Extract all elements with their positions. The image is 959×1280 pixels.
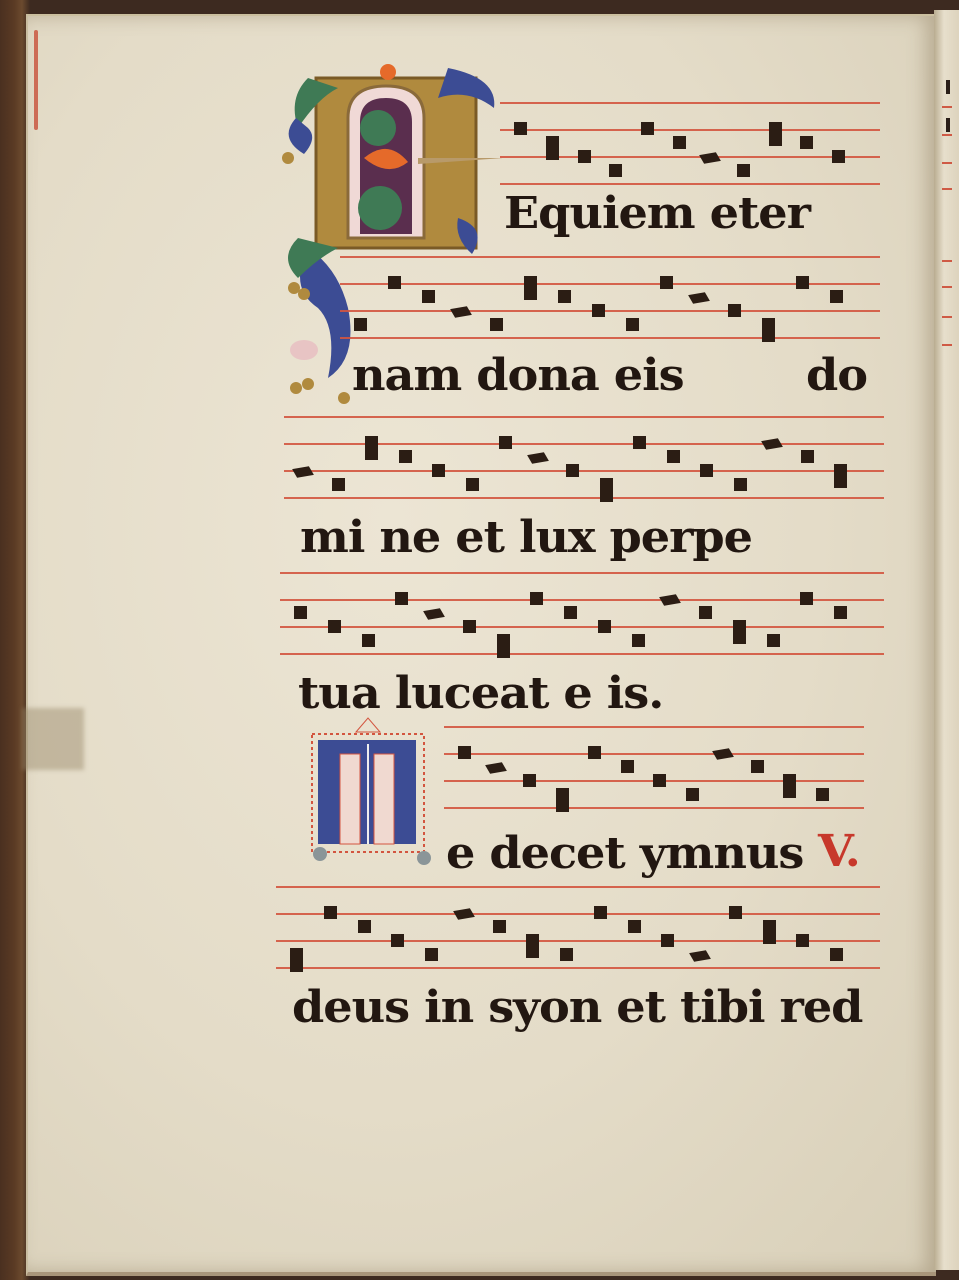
neume: [578, 150, 591, 163]
neume: [700, 464, 713, 477]
neume: [800, 592, 813, 605]
neume: [769, 122, 782, 146]
neume: [733, 620, 746, 644]
parchment-stain: [22, 708, 84, 770]
neume: [328, 620, 341, 633]
neume: [399, 450, 412, 463]
neume: [767, 634, 780, 647]
lyric-line: V.: [818, 826, 860, 877]
neume: [699, 606, 712, 619]
flourished-initial-t: [296, 714, 438, 866]
neume: [633, 436, 646, 449]
neume: [499, 436, 512, 449]
facing-page-edge: [934, 10, 959, 1270]
neume: [673, 136, 686, 149]
neume: [729, 906, 742, 919]
neume: [621, 760, 634, 773]
neume: [391, 934, 404, 947]
neume: [660, 276, 673, 289]
neume: [686, 788, 699, 801]
neume: [354, 318, 367, 331]
neume: [661, 934, 674, 947]
neume: [566, 464, 579, 477]
lyric-line: e decet ymnus: [446, 828, 803, 879]
neume: [800, 136, 813, 149]
lyric-line: mi ne et lux perpe: [300, 512, 752, 563]
neume: [832, 150, 845, 163]
neume: [641, 122, 654, 135]
neume: [762, 318, 775, 342]
neume: [558, 290, 571, 303]
neume: [463, 620, 476, 633]
neume: [834, 606, 847, 619]
neume: [362, 634, 375, 647]
neume: [530, 592, 543, 605]
lyric-line: deus in syon et tibi red: [292, 982, 862, 1033]
red-edge-stain: [34, 30, 38, 130]
neume: [667, 450, 680, 463]
neume: [365, 436, 378, 460]
neume: [556, 788, 569, 812]
neume: [493, 920, 506, 933]
neume: [490, 318, 503, 331]
neume: [564, 606, 577, 619]
neume: [801, 450, 814, 463]
neume: [425, 948, 438, 961]
neume: [734, 478, 747, 491]
neume: [332, 478, 345, 491]
neume: [514, 122, 527, 135]
neume: [598, 620, 611, 633]
neume: [290, 948, 303, 972]
lyric-line: nam dona eis: [352, 350, 684, 401]
neume: [546, 136, 559, 160]
lyric-line: tua luceat e is.: [298, 668, 663, 719]
neume: [628, 920, 641, 933]
neume: [523, 774, 536, 787]
neume: [600, 478, 613, 502]
neume: [834, 464, 847, 488]
neume: [830, 290, 843, 303]
neume: [783, 774, 796, 798]
neume: [524, 276, 537, 300]
neume: [816, 788, 829, 801]
neume: [388, 276, 401, 289]
neume: [588, 746, 601, 759]
neume: [763, 920, 776, 944]
lyric-line: Equiem eter: [504, 188, 810, 239]
neume: [324, 906, 337, 919]
neume: [796, 934, 809, 947]
lyric-line: do: [806, 350, 867, 401]
neume: [526, 934, 539, 958]
neume: [358, 920, 371, 933]
neume: [560, 948, 573, 961]
neume: [609, 164, 622, 177]
neume: [422, 290, 435, 303]
neume: [592, 304, 605, 317]
neume: [294, 606, 307, 619]
neume: [626, 318, 639, 331]
neume: [458, 746, 471, 759]
neume: [796, 276, 809, 289]
neume: [653, 774, 666, 787]
neume: [466, 478, 479, 491]
neume: [432, 464, 445, 477]
neume: [728, 304, 741, 317]
neume: [594, 906, 607, 919]
neume: [395, 592, 408, 605]
neume: [751, 760, 764, 773]
neume: [737, 164, 750, 177]
neume: [632, 634, 645, 647]
neume: [497, 634, 510, 658]
neume: [830, 948, 843, 961]
